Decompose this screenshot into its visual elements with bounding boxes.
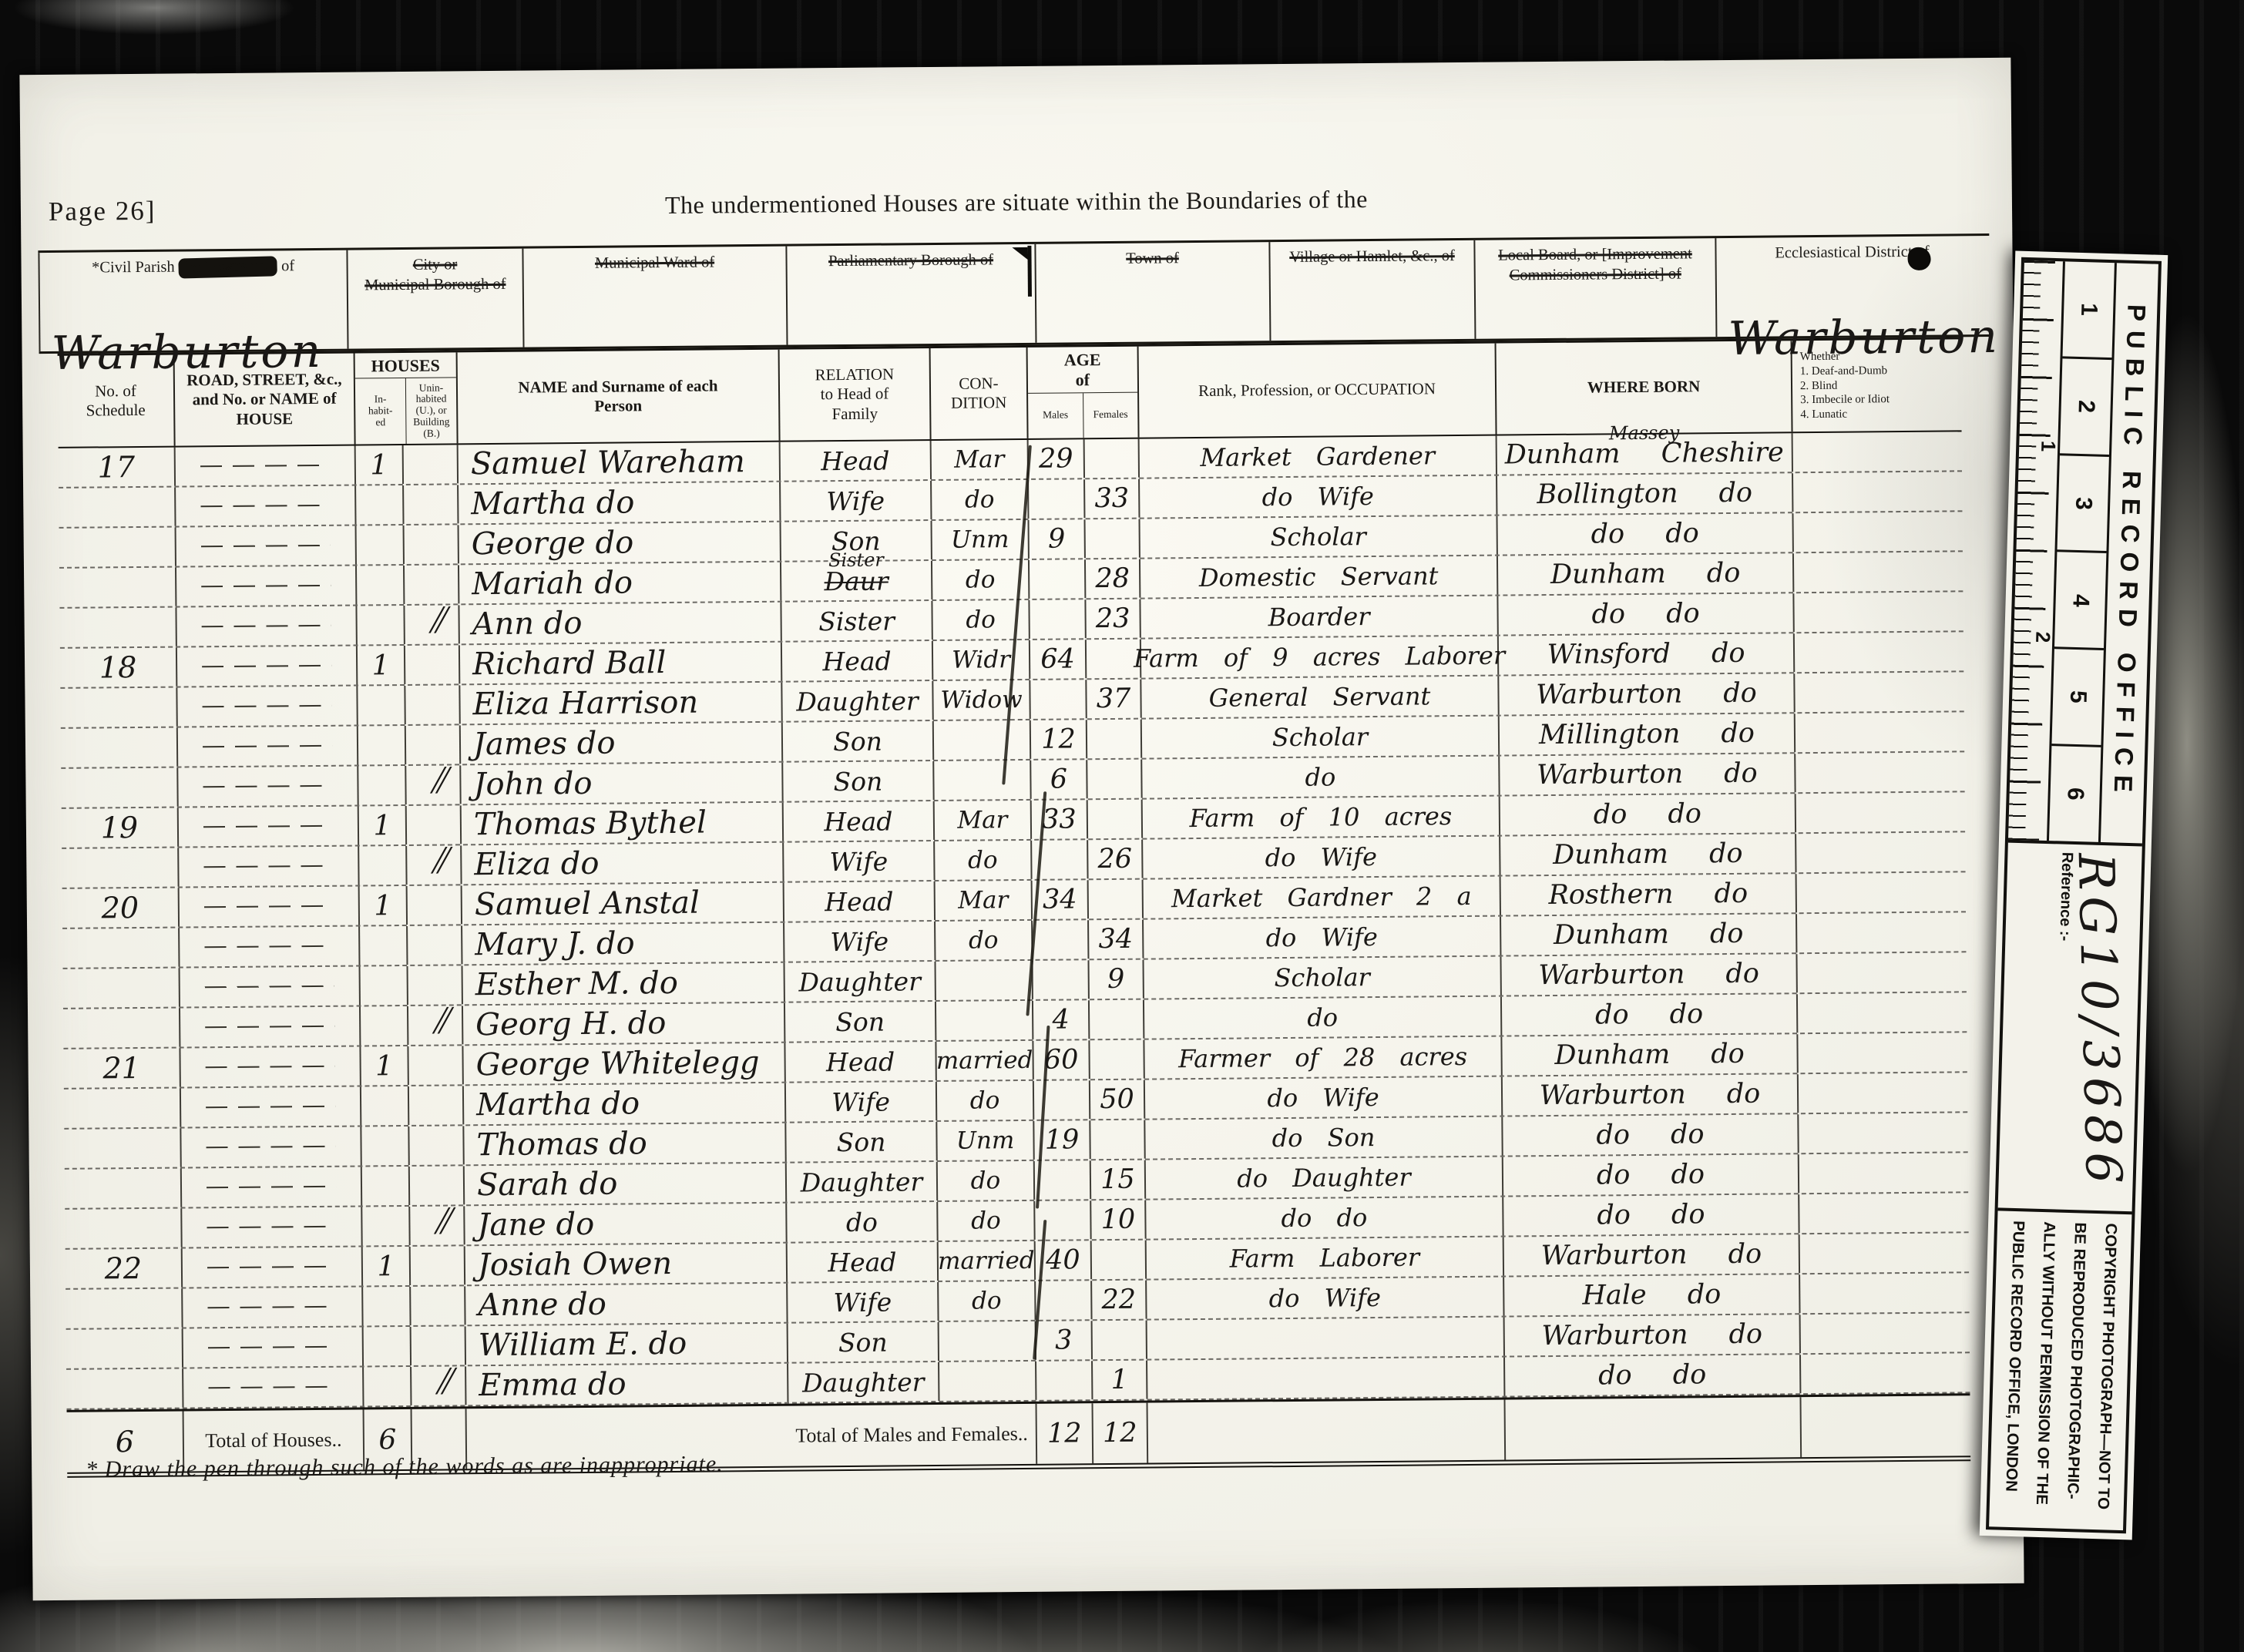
cell-schedule-number bbox=[66, 1289, 181, 1328]
total-females-value: 12 bbox=[1092, 1403, 1147, 1464]
cell-where-born: Warburton do bbox=[1503, 1234, 1799, 1275]
ditto-line bbox=[208, 1346, 337, 1348]
column-header-condition: CON- DITION bbox=[929, 348, 1027, 439]
column-header-females: Females bbox=[1083, 392, 1138, 438]
cell-schedule-number: 20 bbox=[62, 888, 178, 928]
cell-occupation bbox=[1146, 1318, 1503, 1359]
cell-schedule-number bbox=[66, 1369, 182, 1409]
column-header-inhabited: In- habit- ed bbox=[355, 378, 406, 444]
cell-age-females: 23 bbox=[1084, 599, 1139, 639]
district-cell: *Civil Parish [or Township] ofWarburton bbox=[38, 250, 347, 351]
totals-empty-cell bbox=[1503, 1397, 1800, 1459]
cell-schedule-number: 21 bbox=[63, 1049, 179, 1088]
cell-name: Sarah do bbox=[463, 1163, 785, 1205]
cell-age-females bbox=[1091, 1321, 1146, 1360]
cell-houses-uninhabited bbox=[403, 525, 458, 564]
cell-relation: Daughter bbox=[787, 1362, 938, 1402]
age-group-title: AGE of bbox=[1064, 347, 1101, 391]
cell-name: Thomas do bbox=[462, 1123, 784, 1165]
cell-schedule-number bbox=[65, 1209, 180, 1248]
cell-disability bbox=[1796, 952, 1966, 992]
district-label: Local Board, or [Improvement Commissione… bbox=[1475, 244, 1715, 286]
ditto-line bbox=[202, 585, 331, 587]
cell-condition: do bbox=[930, 480, 1027, 519]
cell-age-males: 40 bbox=[1034, 1241, 1090, 1280]
cell-houses-uninhabited bbox=[406, 885, 461, 925]
cell-name: Martha do bbox=[457, 482, 779, 524]
cell-disability bbox=[1796, 992, 1967, 1032]
cell-age-females: 10 bbox=[1090, 1200, 1144, 1240]
cell-name: ⫽Eliza do bbox=[460, 843, 782, 885]
district-label: Town of bbox=[1036, 248, 1268, 270]
district-cell: Municipal Ward of bbox=[522, 247, 786, 348]
cell-schedule-number bbox=[59, 608, 175, 647]
cell-occupation: do Son bbox=[1144, 1117, 1501, 1159]
cell-road-street bbox=[176, 767, 357, 807]
cell-name: ⫽John do bbox=[459, 763, 781, 804]
cell-relation: Daughter bbox=[784, 962, 935, 1002]
cell-occupation: Market Gardner 2 a bbox=[1142, 877, 1500, 918]
cell-where-born: Dunham do bbox=[1500, 1034, 1796, 1075]
cell-houses-uninhabited bbox=[408, 1086, 462, 1125]
cell-name: George Whitelegg bbox=[462, 1043, 784, 1085]
district-label: Ecclesiastical District of bbox=[1716, 242, 1987, 264]
cell-condition: Unm bbox=[931, 520, 1028, 559]
district-cell: Village or Hamlet, &c., of bbox=[1268, 240, 1474, 341]
district-cell: Ecclesiastical District ofWarburton bbox=[1715, 236, 1988, 337]
cell-name: Martha do bbox=[462, 1083, 784, 1125]
cell-occupation: Scholar bbox=[1142, 957, 1500, 999]
cell-age-males bbox=[1028, 559, 1084, 599]
cell-houses-uninhabited bbox=[407, 965, 462, 1005]
cell-disability bbox=[1799, 1313, 1970, 1353]
cell-occupation: do bbox=[1140, 757, 1498, 798]
cell-relation: Son bbox=[787, 1322, 938, 1362]
cell-age-males: 12 bbox=[1030, 720, 1086, 759]
cell-disability bbox=[1796, 912, 1966, 952]
cell-age-males bbox=[1030, 840, 1087, 879]
cell-relation: Wife bbox=[782, 841, 933, 881]
cell-schedule-number bbox=[61, 728, 176, 767]
cell-age-females bbox=[1086, 720, 1140, 759]
ditto-line bbox=[203, 705, 331, 707]
district-cell: Parliamentary Borough of bbox=[785, 244, 1035, 345]
cell-disability bbox=[1792, 472, 1962, 512]
cell-disability bbox=[1798, 1153, 1968, 1193]
cell-condition: Widr bbox=[932, 640, 1029, 680]
cell-name: George do bbox=[458, 522, 780, 564]
cell-occupation: Market Gardener bbox=[1138, 436, 1496, 478]
cell-disability bbox=[1793, 632, 1963, 672]
cell-schedule-number: 19 bbox=[62, 808, 177, 848]
cell-age-females bbox=[1088, 1040, 1143, 1080]
cell-road-street bbox=[178, 927, 358, 967]
cell-houses-uninhabited bbox=[405, 805, 460, 844]
cell-condition: Widow bbox=[932, 680, 1029, 720]
reference-section: Reference :- RG10/3686 bbox=[1998, 843, 2142, 1215]
cell-age-males bbox=[1033, 1200, 1090, 1240]
cell-condition: do bbox=[936, 1081, 1033, 1120]
cell-houses-inhabited bbox=[360, 1127, 408, 1166]
cell-road-street bbox=[180, 1087, 360, 1127]
cell-name: Samuel Anstal bbox=[461, 883, 783, 925]
cell-name: ⫽Jane do bbox=[463, 1204, 785, 1245]
ruler-card-frame: 12 123456 PUBLIC RECORD OFFICE Reference… bbox=[1986, 257, 2162, 1533]
cell-relation: Wife bbox=[779, 481, 930, 521]
cell-age-females: 22 bbox=[1090, 1281, 1145, 1320]
cell-relation: Head bbox=[786, 1242, 937, 1282]
ditto-line bbox=[201, 545, 330, 547]
cell-houses-uninhabited bbox=[403, 565, 458, 604]
cell-houses-inhabited bbox=[358, 846, 405, 885]
district-header-row: *Civil Parish [or Township] ofWarburtonC… bbox=[38, 233, 1990, 354]
cell-road-street bbox=[182, 1367, 362, 1407]
cell-disability bbox=[1796, 1032, 1967, 1073]
cell-where-born: do do bbox=[1496, 513, 1792, 554]
cell-schedule-number bbox=[66, 1329, 182, 1368]
cell-where-born: Bollington do bbox=[1496, 473, 1792, 514]
page-title: The undermentioned Houses are situate wi… bbox=[21, 180, 2012, 226]
cell-houses-uninhabited bbox=[407, 1046, 462, 1085]
cell-condition: Mar bbox=[934, 881, 1031, 920]
cell-age-males bbox=[1029, 680, 1085, 719]
cell-houses-uninhabited bbox=[409, 1286, 464, 1325]
cell-age-females: 26 bbox=[1087, 840, 1141, 879]
cell-occupation: Domestic Servant bbox=[1139, 556, 1497, 598]
cell-road-street bbox=[179, 967, 359, 1007]
cell-age-females bbox=[1086, 760, 1140, 799]
cell-occupation: do Wife bbox=[1144, 1077, 1501, 1119]
cm-ruler-box: 3 bbox=[2057, 455, 2108, 554]
district-handwritten-value: Warburton bbox=[51, 324, 323, 381]
cell-condition: do bbox=[936, 1161, 1033, 1200]
cell-where-born: Warburton do bbox=[1500, 954, 1796, 995]
household-separator-mark: ⫽ bbox=[430, 760, 446, 803]
cell-houses-inhabited: 1 bbox=[359, 1046, 407, 1086]
ditto-line bbox=[206, 1066, 334, 1068]
cell-age-males bbox=[1027, 479, 1083, 519]
cell-schedule-number bbox=[62, 928, 178, 968]
household-separator-mark: ⫽ bbox=[428, 599, 445, 643]
ruler-section: 12 123456 PUBLIC RECORD OFFICE bbox=[2008, 260, 2158, 847]
district-label: *Civil Parish [or Township] of bbox=[39, 257, 346, 279]
ditto-line bbox=[205, 945, 334, 948]
cell-houses-inhabited: 1 bbox=[358, 806, 405, 845]
cell-name: Anne do bbox=[464, 1284, 786, 1325]
cell-name: Thomas Bythel bbox=[460, 803, 782, 844]
cell-name: Mariah do bbox=[458, 562, 780, 604]
cell-schedule-number: 17 bbox=[59, 448, 174, 487]
cell-road-street bbox=[181, 1247, 361, 1288]
cell-disability bbox=[1794, 752, 1964, 792]
cell-age-males: 3 bbox=[1035, 1321, 1091, 1360]
ditto-line bbox=[208, 1306, 337, 1308]
cell-disability bbox=[1799, 1273, 1969, 1313]
cell-houses-inhabited bbox=[362, 1367, 410, 1406]
cell-condition bbox=[935, 1001, 1032, 1040]
household-separator-mark: ⫽ bbox=[432, 1000, 448, 1043]
cell-relation: Head bbox=[779, 441, 930, 481]
cell-age-males: 33 bbox=[1030, 800, 1087, 839]
household-separator-mark: ⫽ bbox=[434, 1200, 450, 1243]
cell-road-street bbox=[176, 727, 357, 767]
cell-schedule-number bbox=[64, 1089, 180, 1128]
cell-age-females bbox=[1089, 1120, 1144, 1160]
cell-occupation: Farm of 10 acres bbox=[1141, 797, 1499, 838]
cell-condition bbox=[938, 1321, 1035, 1361]
cell-houses-inhabited bbox=[356, 686, 404, 725]
cell-where-born: do do bbox=[1497, 593, 1792, 634]
cell-road-street bbox=[181, 1287, 361, 1327]
cell-age-females bbox=[1087, 800, 1141, 839]
ditto-line bbox=[204, 865, 333, 868]
district-cell: Local Board, or [Improvement Commissione… bbox=[1473, 238, 1715, 339]
cell-disability bbox=[1797, 1113, 1967, 1153]
cell-where-born: Dunham do bbox=[1500, 914, 1796, 955]
cell-name: Samuel Wareham bbox=[457, 442, 779, 484]
cell-houses-uninhabited bbox=[408, 1166, 463, 1205]
cell-relation: Wife bbox=[783, 922, 934, 962]
cell-road-street bbox=[175, 566, 355, 606]
cell-where-born: Winsford do bbox=[1497, 633, 1793, 674]
ditto-line bbox=[207, 1266, 336, 1268]
column-header-uninhabited: Unin- habited (U.), or Building (B.) bbox=[405, 378, 457, 444]
cell-age-females: 37 bbox=[1085, 680, 1140, 719]
cell-occupation: Farm Laborer bbox=[1145, 1237, 1503, 1279]
cell-occupation: do do bbox=[1144, 1197, 1502, 1239]
office-name-text: PUBLIC RECORD OFFICE bbox=[2108, 304, 2151, 802]
cell-road-street bbox=[177, 847, 358, 887]
cell-occupation: Farmer of 28 acres bbox=[1143, 1037, 1500, 1079]
cell-road-street bbox=[182, 1327, 362, 1367]
column-header-males: Males bbox=[1028, 393, 1083, 438]
cell-relation: Daughter bbox=[781, 681, 932, 721]
cell-condition: Mar bbox=[933, 801, 1030, 840]
cell-condition: Unm bbox=[936, 1121, 1033, 1160]
cell-where-born: do do bbox=[1502, 1194, 1798, 1235]
cell-age-females bbox=[1083, 519, 1138, 559]
cell-age-males: 29 bbox=[1027, 439, 1083, 478]
household-separator-mark: ⫽ bbox=[435, 1360, 452, 1403]
cell-relation: Son bbox=[784, 1122, 936, 1162]
cell-age-males: 60 bbox=[1032, 1040, 1088, 1080]
cell-relation: Head bbox=[782, 801, 933, 841]
cell-where-born: MasseyDunham Cheshire bbox=[1496, 433, 1792, 474]
cell-houses-inhabited bbox=[354, 485, 402, 525]
cell-age-females: 15 bbox=[1090, 1160, 1144, 1200]
cm-ruler-box: 4 bbox=[2054, 552, 2106, 651]
cell-age-females bbox=[1085, 640, 1140, 679]
cell-houses-inhabited bbox=[361, 1167, 408, 1206]
cell-schedule-number bbox=[59, 568, 175, 607]
cell-road-street bbox=[180, 1167, 361, 1207]
cell-schedule-number bbox=[59, 488, 174, 527]
cell-age-males bbox=[1033, 1080, 1089, 1120]
copyright-text: COPYRIGHT PHOTOGRAPH—NOT TO BE REPRODUCE… bbox=[1994, 1221, 2126, 1521]
cell-condition bbox=[932, 761, 1030, 800]
cm-ruler-box: 2 bbox=[2060, 358, 2111, 457]
cell-disability bbox=[1794, 712, 1964, 752]
ditto-line bbox=[207, 1106, 335, 1108]
cell-condition: married bbox=[937, 1241, 1034, 1281]
cell-age-males bbox=[1028, 599, 1084, 639]
cell-disability bbox=[1797, 1073, 1967, 1113]
cell-condition: do bbox=[936, 1201, 1033, 1241]
cell-houses-inhabited bbox=[355, 606, 403, 645]
cell-condition bbox=[934, 961, 1031, 1000]
cell-age-males: 34 bbox=[1031, 880, 1087, 919]
cell-where-born: do do bbox=[1502, 1154, 1798, 1195]
houses-group-title: HOUSES bbox=[371, 353, 440, 377]
cell-disability bbox=[1798, 1193, 1968, 1233]
cell-name: Eliza Harrison bbox=[459, 683, 781, 724]
cell-houses-inhabited bbox=[358, 926, 406, 965]
cell-where-born: do do bbox=[1500, 994, 1796, 1035]
cell-schedule-number bbox=[61, 768, 176, 808]
cell-houses-inhabited bbox=[360, 1086, 408, 1126]
cell-occupation: do Wife bbox=[1142, 917, 1500, 959]
cell-condition: married bbox=[935, 1041, 1032, 1080]
cell-where-born: do do bbox=[1503, 1355, 1799, 1395]
cell-road-street bbox=[174, 446, 354, 486]
cell-road-street bbox=[179, 1007, 359, 1047]
cell-relation: Son bbox=[781, 721, 932, 761]
cell-where-born: Dunham do bbox=[1499, 834, 1795, 875]
cell-where-born: do do bbox=[1499, 794, 1795, 834]
cell-occupation: do Wife bbox=[1145, 1278, 1503, 1319]
cell-where-born: Millington do bbox=[1498, 714, 1794, 754]
cell-disability bbox=[1799, 1233, 1969, 1273]
cell-road-street bbox=[179, 1047, 359, 1087]
cell-condition: do bbox=[933, 841, 1030, 880]
cell-houses-inhabited bbox=[357, 766, 405, 805]
cell-relation: Son bbox=[784, 1002, 935, 1042]
cell-where-born: Hale do bbox=[1503, 1274, 1799, 1315]
cell-name: ⫽Georg H. do bbox=[462, 1003, 784, 1045]
cell-age-males bbox=[1031, 920, 1087, 959]
cell-age-males bbox=[1034, 1281, 1090, 1320]
cell-age-males bbox=[1035, 1361, 1091, 1400]
cell-disability bbox=[1795, 832, 1965, 872]
district-cell: City or Municipal Borough of bbox=[346, 249, 522, 349]
cell-houses-uninhabited bbox=[410, 1326, 465, 1365]
cell-where-born: Warburton do bbox=[1497, 673, 1793, 714]
cell-age-females: 1 bbox=[1091, 1361, 1146, 1400]
ditto-line bbox=[201, 505, 330, 507]
district-label: Parliamentary Borough of bbox=[787, 250, 1034, 272]
ditto-line bbox=[204, 905, 333, 908]
cell-condition: do bbox=[931, 560, 1028, 599]
cell-houses-uninhabited bbox=[408, 1126, 462, 1165]
census-page: Page 26] The undermentioned Houses are s… bbox=[19, 58, 2024, 1600]
cell-disability bbox=[1792, 552, 1963, 592]
cell-age-males bbox=[1031, 960, 1087, 999]
ditto-line bbox=[203, 745, 332, 747]
cell-schedule-number bbox=[64, 1129, 180, 1168]
cell-disability bbox=[1793, 672, 1963, 712]
cell-occupation: Scholar bbox=[1138, 516, 1496, 558]
cell-houses-inhabited bbox=[355, 525, 403, 565]
cell-houses-uninhabited bbox=[402, 445, 457, 484]
cell-schedule-number bbox=[63, 969, 179, 1008]
cell-name: Josiah Owen bbox=[464, 1244, 786, 1285]
cell-name: Esther M. do bbox=[462, 963, 784, 1005]
cm-ruler-box: 6 bbox=[2049, 746, 2101, 842]
cell-age-males bbox=[1033, 1160, 1090, 1200]
cell-relation: Wife bbox=[784, 1082, 936, 1122]
column-header-relation: RELATION to Head of Family bbox=[778, 348, 930, 441]
cell-age-males: 4 bbox=[1032, 1000, 1088, 1039]
cell-road-street bbox=[180, 1207, 361, 1247]
ditto-line bbox=[206, 1026, 334, 1028]
cell-relation: Daughter bbox=[785, 1162, 936, 1202]
cell-schedule-number bbox=[59, 528, 175, 567]
ink-blot bbox=[1907, 247, 1930, 270]
census-table: No. of Schedule ROAD, STREET, &c., and N… bbox=[58, 337, 1971, 1477]
cell-occupation: do Daughter bbox=[1144, 1157, 1502, 1199]
column-header-age: AGE of Males Females bbox=[1026, 347, 1138, 438]
cell-occupation: do bbox=[1143, 997, 1500, 1039]
cell-age-females: 50 bbox=[1089, 1080, 1144, 1120]
totals-empty-cell bbox=[1147, 1400, 1505, 1463]
cell-where-born: Warburton do bbox=[1501, 1074, 1797, 1115]
cell-name: ⫽Emma do bbox=[465, 1364, 787, 1405]
cell-schedule-number bbox=[65, 1169, 180, 1208]
cell-where-born: Rosthern do bbox=[1500, 874, 1796, 915]
cell-road-street bbox=[175, 606, 355, 646]
cell-age-females: 28 bbox=[1084, 559, 1139, 599]
cell-occupation bbox=[1146, 1358, 1503, 1399]
ditto-line bbox=[203, 825, 332, 828]
district-label: Village or Hamlet, &c., of bbox=[1270, 247, 1473, 268]
cell-age-males: 19 bbox=[1033, 1120, 1089, 1160]
cell-disability bbox=[1792, 431, 1962, 472]
cell-where-born: Dunham do bbox=[1497, 553, 1792, 594]
cell-houses-uninhabited bbox=[409, 1246, 464, 1285]
cell-houses-inhabited: 1 bbox=[358, 886, 406, 925]
copyright-section: COPYRIGHT PHOTOGRAPH—NOT TO BE REPRODUCE… bbox=[1989, 1210, 2131, 1530]
cell-disability bbox=[1792, 512, 1962, 552]
cell-road-street bbox=[176, 687, 356, 727]
cell-houses-uninhabited bbox=[406, 925, 461, 965]
ditto-line bbox=[207, 1146, 335, 1148]
cell-schedule-number bbox=[60, 688, 176, 727]
cell-occupation: Farm of 9 acres Laborer bbox=[1140, 636, 1497, 678]
cell-houses-inhabited: 1 bbox=[361, 1247, 409, 1286]
cell-road-street bbox=[176, 646, 356, 687]
cm-ruler-box: 5 bbox=[2051, 649, 2103, 747]
district-cell: Town of bbox=[1034, 242, 1269, 343]
cell-disability bbox=[1795, 792, 1965, 832]
cell-age-females bbox=[1083, 439, 1138, 478]
cell-relation: Head bbox=[784, 1042, 935, 1082]
table-body: 17 1 Samuel Wareham Head Mar 29 Market G… bbox=[59, 431, 1970, 1410]
cell-occupation: Boarder bbox=[1139, 596, 1497, 638]
reference-number: RG10/3686 bbox=[2067, 852, 2132, 1204]
district-label: Municipal Ward of bbox=[523, 253, 785, 275]
cm-ruler-box: 1 bbox=[2062, 261, 2114, 360]
cell-houses-inhabited bbox=[357, 726, 405, 765]
cell-houses-inhabited bbox=[361, 1287, 409, 1326]
cell-age-females bbox=[1090, 1241, 1145, 1280]
cell-road-street bbox=[174, 486, 354, 526]
cell-schedule-number: 18 bbox=[60, 648, 176, 687]
cell-age-males: 9 bbox=[1028, 519, 1084, 559]
cell-houses-uninhabited bbox=[404, 645, 459, 684]
cell-age-females bbox=[1088, 1000, 1143, 1039]
column-header-name: NAME and Surname of each Person bbox=[456, 350, 779, 444]
cell-schedule-number: 22 bbox=[66, 1249, 181, 1288]
